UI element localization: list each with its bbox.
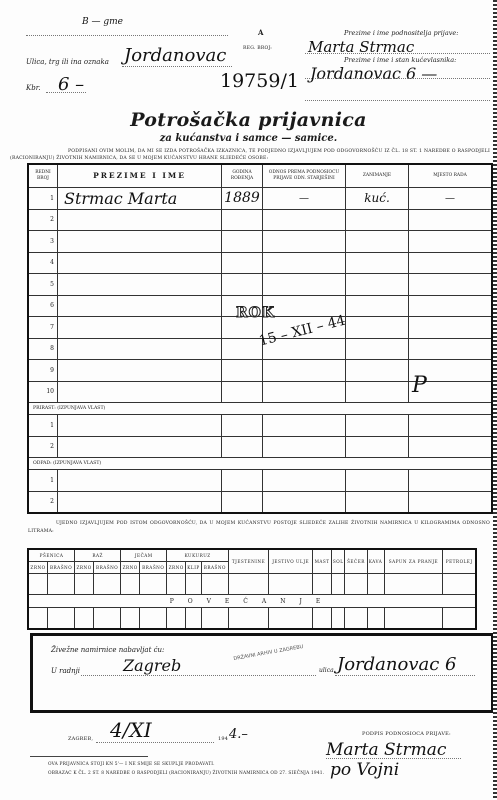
year-value[interactable]: 4.– — [229, 727, 248, 742]
reg-number-label: REG. BROJ: — [243, 46, 272, 51]
supply-cell[interactable] — [121, 574, 140, 595]
sub-brasno: BRAŠNO — [47, 562, 74, 574]
occupation-cell[interactable] — [346, 274, 409, 296]
owner-rule — [305, 78, 490, 79]
increase-cell[interactable] — [345, 608, 367, 630]
year-cell[interactable] — [222, 231, 263, 253]
occupation-cell[interactable] — [346, 338, 409, 360]
row-number: 10 — [28, 381, 58, 403]
sub-brasno: BRAŠNO — [140, 562, 167, 574]
col-kava: KAVA — [367, 549, 384, 574]
signature-label: PODPIS PODNOSIOCA PRIJAVE: — [362, 731, 451, 737]
supply-cell[interactable] — [443, 574, 476, 595]
year-cell[interactable] — [222, 436, 263, 458]
col-odnos: ODNOS PREMA PODNOSIOCU PRIJAVE ODN. STAR… — [263, 164, 346, 188]
name-cell[interactable] — [58, 231, 222, 253]
occupation-cell[interactable] — [346, 415, 409, 437]
street-label: Ulica, trg ili ina oznaka — [26, 58, 109, 66]
year-cell[interactable] — [222, 338, 263, 360]
table-row: 2 — [28, 436, 492, 458]
row-number: 2 — [28, 491, 58, 513]
supply-cell[interactable] — [269, 574, 313, 595]
workplace-cell[interactable] — [409, 295, 493, 317]
year-cell[interactable] — [222, 252, 263, 274]
row-number: 5 — [28, 274, 58, 296]
table-row: 2 — [28, 209, 492, 231]
archive-stamp: DRŽAVNI ARHIV U ZAGREBU — [233, 644, 304, 662]
year-cell[interactable] — [222, 415, 263, 437]
date-rule — [96, 742, 214, 743]
sub-zrno: ZRNO — [75, 562, 94, 574]
year-cell[interactable]: 1889 — [222, 188, 263, 210]
supply-cell[interactable] — [94, 574, 121, 595]
col-prezime-ime: PREZIME I IME — [58, 164, 222, 188]
name-cell[interactable] — [58, 360, 222, 382]
year-cell[interactable] — [222, 470, 263, 492]
form-subtitle: za kućanstva i samce — samice. — [0, 133, 497, 144]
name-cell[interactable] — [58, 381, 222, 403]
year-cell[interactable] — [222, 209, 263, 231]
workplace-cell[interactable] — [409, 491, 493, 513]
increase-cell[interactable] — [201, 608, 228, 630]
applicant-name-rule — [305, 53, 490, 54]
supply-cell[interactable] — [167, 574, 186, 595]
name-cell[interactable] — [58, 436, 222, 458]
signature-extra: po Vojni — [330, 760, 399, 780]
shop-rule — [81, 675, 316, 676]
intro-text: PODPISANI OVIM MOLIM, DA MI SE IZDA POTR… — [10, 148, 490, 162]
increase-cell[interactable] — [140, 608, 167, 630]
signature-value[interactable]: Marta Strmac — [326, 740, 446, 760]
name-cell[interactable] — [58, 295, 222, 317]
table-row: 1 — [28, 415, 492, 437]
group-jecam: JEČAM — [121, 549, 167, 562]
owner-rule-2 — [305, 100, 490, 101]
group-psenica: PŠENICA — [28, 549, 75, 562]
supply-cell[interactable] — [75, 574, 94, 595]
row-number: 7 — [28, 317, 58, 339]
increase-cell[interactable] — [167, 608, 186, 630]
increase-cell[interactable] — [186, 608, 202, 630]
price-note: OVA PRIJAVNICA STOJI KN 5'— I NE SMIJE S… — [48, 762, 215, 767]
house-number-label: Kbr. — [26, 84, 41, 92]
occupation-cell[interactable] — [346, 436, 409, 458]
increase-row: POVEĆANJE — [28, 595, 476, 608]
increase-cell[interactable] — [94, 608, 121, 630]
col-redni-broj: REDNI BROJ — [28, 164, 58, 188]
decline-section-row: ODPAD: (izpunjava vlast) — [28, 458, 492, 470]
name-cell[interactable] — [58, 317, 222, 339]
row-number: 9 — [28, 360, 58, 382]
name-cell[interactable] — [58, 415, 222, 437]
house-number-value[interactable]: 6 – — [58, 74, 84, 95]
supply-cell[interactable] — [201, 574, 228, 595]
name-cell[interactable] — [58, 491, 222, 513]
increase-cell[interactable] — [367, 608, 384, 630]
occupation-cell[interactable] — [346, 360, 409, 382]
workplace-cell[interactable] — [409, 436, 493, 458]
col-mjesto-rada: MJESTO RADA — [409, 164, 493, 188]
workplace-cell[interactable] — [409, 470, 493, 492]
occupation-cell[interactable] — [346, 209, 409, 231]
decline-label: ODPAD: (izpunjava vlast) — [28, 458, 492, 470]
supply-values-row — [28, 574, 476, 595]
increase-cell[interactable] — [28, 608, 47, 630]
owner-value[interactable]: Jordanovac 6 — — [310, 64, 437, 83]
col-tjestenine: TJESTENINE — [228, 549, 268, 574]
street-value-box[interactable]: Jordanovac 6 — [337, 654, 457, 675]
year-cell[interactable] — [222, 274, 263, 296]
sub-brasno: BRAŠNO — [201, 562, 228, 574]
growth-label: PRIRAST: (izpunjava vlast) — [28, 403, 492, 415]
supply-cell[interactable] — [313, 574, 332, 595]
relation-cell[interactable] — [263, 252, 346, 274]
supply-cell[interactable] — [186, 574, 202, 595]
street-rule-box — [335, 675, 475, 676]
sub-zrno: ZRNO — [28, 562, 47, 574]
supply-cell[interactable] — [228, 574, 268, 595]
increase-label: POVEĆANJE — [28, 595, 476, 608]
row-number: 2 — [28, 209, 58, 231]
name-cell[interactable] — [58, 252, 222, 274]
increase-cell[interactable] — [384, 608, 443, 630]
relation-cell[interactable] — [263, 491, 346, 513]
table-row: 2 — [28, 491, 492, 513]
supply-location-box: Živežne namirnice nabavljat ću: U radnji… — [30, 633, 494, 713]
name-cell[interactable] — [58, 209, 222, 231]
name-cell[interactable] — [58, 338, 222, 360]
increase-values-row — [28, 608, 476, 630]
increase-cell[interactable] — [75, 608, 94, 630]
group-kukuruz: KUKURUZ — [167, 549, 229, 562]
name-cell[interactable]: Strmac Marta — [58, 188, 222, 210]
row-number: 3 — [28, 231, 58, 253]
form-reference-note: OBRAZAC K ČL. 2 ST. 8 NAREDBE O RASPODJE… — [48, 771, 324, 776]
year-cell[interactable] — [222, 381, 263, 403]
top-left-rule — [26, 35, 228, 36]
year-cell[interactable] — [222, 360, 263, 382]
col-mast: MAST — [313, 549, 332, 574]
increase-cell[interactable] — [331, 608, 345, 630]
workplace-cell[interactable] — [409, 317, 493, 339]
rok-stamp: ROK — [236, 305, 275, 321]
workplace-cell[interactable]: — — [409, 188, 493, 210]
footer-divider — [30, 756, 148, 757]
table-row: 5 — [28, 274, 492, 296]
shop-label: U radnji — [51, 667, 80, 675]
col-sol: SOL — [331, 549, 345, 574]
street-value[interactable]: Jordanovac — [124, 45, 226, 66]
occupation-cell[interactable]: kuć. — [346, 188, 409, 210]
table-row: 1 — [28, 470, 492, 492]
household-header-row: REDNI BROJ PREZIME I IME GODINA ROĐENJA … — [28, 164, 492, 188]
occupation-cell[interactable] — [346, 317, 409, 339]
row-number: 6 — [28, 295, 58, 317]
increase-cell[interactable] — [269, 608, 313, 630]
occupation-cell[interactable] — [346, 381, 409, 403]
row-number: 1 — [28, 188, 58, 210]
supply-cell[interactable] — [331, 574, 345, 595]
workplace-cell[interactable] — [409, 415, 493, 437]
supply-cell[interactable] — [140, 574, 167, 595]
increase-cell[interactable] — [313, 608, 332, 630]
relation-cell[interactable] — [263, 381, 346, 403]
table-row: 1 Strmac Marta 1889 — kuć. — — [28, 188, 492, 210]
top-left-scribble: B — gme — [82, 17, 123, 27]
group-raz: RAŽ — [75, 549, 121, 562]
name-cell[interactable] — [58, 470, 222, 492]
increase-cell[interactable] — [121, 608, 140, 630]
supply-cell[interactable] — [47, 574, 74, 595]
supply-table: PŠENICA RAŽ JEČAM KUKURUZ TJESTENINE JES… — [27, 548, 477, 630]
col-petrolej: PETROLEJ — [443, 549, 476, 574]
sub-zrno: ZRNO — [167, 562, 186, 574]
supply-cell[interactable] — [384, 574, 443, 595]
row-number: 8 — [28, 338, 58, 360]
owner-label: Prezime i ime i stan kućevlasnika: — [344, 56, 456, 64]
workplace-cell[interactable] — [409, 274, 493, 296]
workplace-cell[interactable] — [409, 338, 493, 360]
increase-cell[interactable] — [47, 608, 74, 630]
supply-header-row: PŠENICA RAŽ JEČAM KUKURUZ TJESTENINE JES… — [28, 549, 476, 562]
signature-rule — [326, 758, 461, 759]
scan-edge — [493, 0, 497, 800]
relation-cell[interactable] — [263, 436, 346, 458]
occupation-cell[interactable] — [346, 491, 409, 513]
workplace-cell[interactable] — [409, 252, 493, 274]
col-jestivo-ulje: JESTIVO ULJE — [269, 549, 313, 574]
occupation-cell[interactable] — [346, 470, 409, 492]
name-cell[interactable] — [58, 274, 222, 296]
table-row: 4 — [28, 252, 492, 274]
col-sapun: SAPUN ZA PRANJE — [384, 549, 443, 574]
street-rule — [122, 66, 232, 67]
reg-number-value[interactable]: 19759/1 — [220, 70, 299, 92]
relation-cell[interactable] — [263, 231, 346, 253]
year-cell[interactable] — [222, 491, 263, 513]
relation-cell[interactable] — [263, 209, 346, 231]
supply-cell[interactable] — [345, 574, 367, 595]
margin-mark: P — [412, 373, 427, 398]
increase-cell[interactable] — [443, 608, 476, 630]
relation-cell[interactable]: — — [263, 188, 346, 210]
street-label-box: ulica — [319, 667, 334, 674]
col-secer: ŠEĆER — [345, 549, 367, 574]
growth-section-row: PRIRAST: (izpunjava vlast) — [28, 403, 492, 415]
top-mark: A — [258, 28, 263, 37]
row-number: 2 — [28, 436, 58, 458]
occupation-cell[interactable] — [346, 252, 409, 274]
table-row: 3 — [28, 231, 492, 253]
col-godina-rodenja: GODINA ROĐENJA — [222, 164, 263, 188]
year-prefix: 194 — [218, 736, 228, 742]
row-number: 4 — [28, 252, 58, 274]
sub-klip: KLIP — [186, 562, 202, 574]
workplace-cell[interactable] — [409, 209, 493, 231]
workplace-cell[interactable] — [409, 231, 493, 253]
sub-zrno: ZRNO — [121, 562, 140, 574]
relation-cell[interactable] — [263, 274, 346, 296]
supply-box-heading: Živežne namirnice nabavljat ću: — [51, 646, 164, 654]
date-value[interactable]: 4/XI — [110, 718, 152, 742]
row-number: 1 — [28, 415, 58, 437]
row-number: 1 — [28, 470, 58, 492]
occupation-cell[interactable] — [346, 295, 409, 317]
applicant-name-label: Prezime i ime podnositelja prijave: — [344, 29, 458, 37]
supply-text: UJEDNO IZJAVLJUJEM POD ISTOM ODGOVORNOŠĆ… — [28, 520, 490, 536]
place-label: ZAGREB, — [68, 736, 93, 742]
form-title: Potrošačka prijavnica — [0, 109, 497, 131]
sub-brasno: BRAŠNO — [94, 562, 121, 574]
relation-cell[interactable] — [263, 470, 346, 492]
occupation-cell[interactable] — [346, 231, 409, 253]
col-zanimanje: ZANIMANJE — [346, 164, 409, 188]
supply-cell[interactable] — [367, 574, 384, 595]
increase-cell[interactable] — [228, 608, 268, 630]
relation-cell[interactable] — [263, 360, 346, 382]
shop-value[interactable]: Zagreb — [123, 656, 181, 675]
relation-cell[interactable] — [263, 415, 346, 437]
supply-cell[interactable] — [28, 574, 47, 595]
